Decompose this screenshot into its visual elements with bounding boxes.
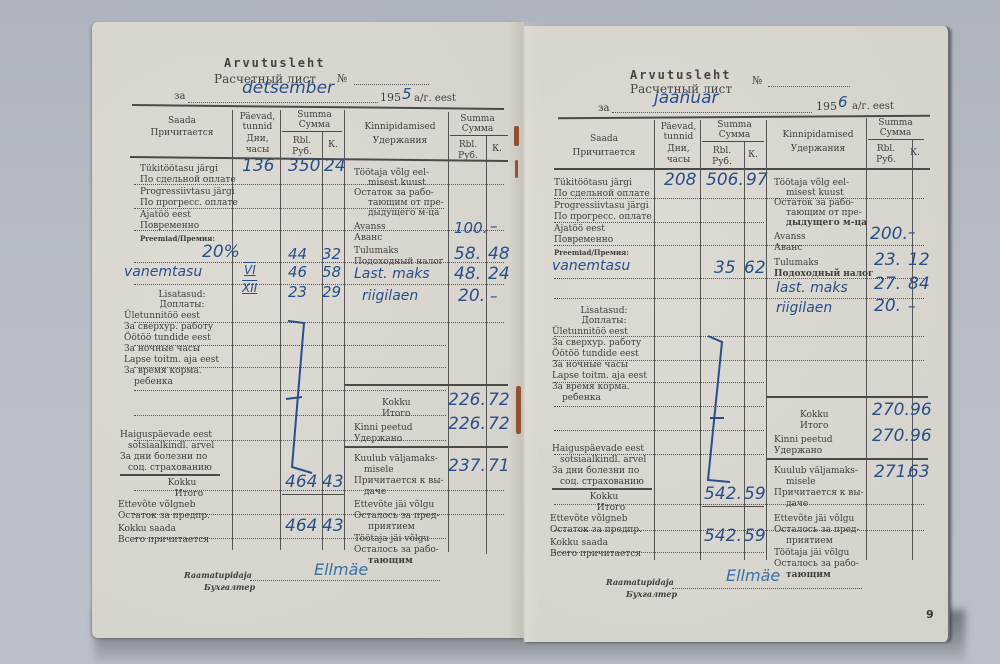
- year-suffix: a/г. eest: [414, 94, 456, 104]
- piecework-days: 136: [242, 158, 274, 174]
- year-digit: 5: [402, 86, 412, 102]
- label-sick-4: соц. страхованию: [128, 463, 212, 473]
- total-due-rbl: 464: [285, 518, 317, 534]
- col-rbl-1b: Rbl.: [450, 140, 486, 150]
- label-sick-1: Haiguspäevade eest: [120, 430, 212, 440]
- label-withheld-ru: Удержано: [774, 446, 822, 456]
- ded-total-k: 96: [910, 402, 932, 418]
- label-feeding-ru: За время корма.: [552, 382, 630, 392]
- col-deduct-ru: Удержания: [350, 136, 450, 146]
- label-payable-3: Причитается к вы-: [354, 476, 444, 486]
- label-prev-debt-5: дыдущего м-ца: [368, 208, 439, 218]
- title-et: Arvutusleht: [224, 58, 325, 68]
- label-lisatasud-ru: Доплаты:: [554, 316, 654, 326]
- col-rbl-1: Rbl.: [702, 146, 742, 156]
- payable-k: 71: [488, 458, 510, 474]
- label-bonus: Preemiad/Премия:: [554, 248, 629, 258]
- advance-k: –: [908, 224, 916, 240]
- sick-rule: [120, 474, 220, 476]
- label-lisatasud-ru: Доплаты:: [132, 300, 232, 310]
- accountant-signature: Ellmäe: [314, 562, 368, 578]
- label-prev-debt-1: Töötaja võlg eel-: [774, 178, 849, 188]
- col-saada-et: Saada: [132, 116, 232, 126]
- sum-rule: [282, 494, 344, 495]
- vacation-1-rbl: 46: [288, 264, 307, 280]
- total-rbl: 464: [285, 474, 317, 490]
- ded-extra-1-label: Last. maks: [354, 266, 430, 282]
- vacation-month-2: XII: [242, 280, 257, 296]
- label-company-owes-et: Ettevõte võlgneb: [550, 514, 627, 524]
- label-prev-debt-3: Остаток за рабо-: [774, 198, 854, 208]
- payable-k: 63: [908, 464, 930, 480]
- label-advance-et: Avanss: [354, 222, 386, 232]
- ded-extra-2-label: riigilaen: [362, 288, 418, 304]
- label-worker-remaining-2: Осталось за рабо-: [354, 545, 439, 555]
- number-field: [354, 84, 429, 85]
- piecework-rbl: 506.: [706, 172, 744, 188]
- label-company-remaining-3: приятием: [786, 536, 833, 546]
- sum-subrule-2: [868, 139, 924, 140]
- label-feeding-ru-2: ребенка: [134, 377, 173, 387]
- accountant-signature: Ellmäe: [726, 568, 780, 584]
- label-payable-1: Kuulub väljamaks-: [774, 466, 858, 476]
- label-withheld-et: Kinni peetud: [354, 423, 413, 433]
- za-label: за: [174, 92, 185, 102]
- label-lisatasud-et: Lisatasud:: [132, 290, 232, 300]
- col-rbl-2: Руб.: [702, 157, 742, 167]
- right-page: Arvutusleht Расчетный лист № за jaanuar …: [524, 26, 950, 642]
- ded-extra-1-rbl: 48.: [454, 266, 481, 282]
- month-handwritten: jaanuar: [654, 90, 719, 106]
- total-k: 43: [322, 474, 344, 490]
- ded-extra-2-label: riigilaen: [776, 300, 832, 316]
- label-company-remaining-2: Осталось за пред-: [354, 511, 440, 521]
- za-label: за: [598, 104, 609, 114]
- label-lisatasud-et: Lisatasud:: [554, 306, 654, 316]
- col-days-2: tunnid: [235, 122, 280, 132]
- label-worker-remaining-1: Töötaja jäi võlgu: [354, 534, 429, 544]
- label-kokku-ru: Итого: [566, 503, 656, 513]
- year-suffix: a/г. eest: [852, 102, 894, 112]
- label-income-tax-et: Tulumaks: [354, 246, 398, 256]
- sum-subrule: [702, 141, 764, 142]
- label-progressive-et: Progressiivtasu järgi: [140, 187, 235, 197]
- vacation-2-rbl: 23: [288, 284, 307, 300]
- income-tax-rbl: 58.: [454, 246, 481, 262]
- ded-extra-1-k: 84: [908, 276, 930, 292]
- bonus-k: 32: [322, 246, 341, 262]
- col-sum-ru-2: Сумма: [868, 128, 923, 138]
- book-spine: [508, 22, 540, 642]
- withheld-rbl: 270.: [872, 428, 910, 444]
- label-ded-kokku-et: Kokku: [382, 398, 411, 408]
- month-dotline: [612, 112, 812, 113]
- total-rbl: 542.: [704, 486, 742, 502]
- label-company-owes-et: Ettevõte võlgneb: [118, 500, 195, 510]
- label-worker-remaining-2: Осталось за рабо-: [774, 559, 859, 569]
- piecework-k: 97: [746, 172, 768, 188]
- col-divider: [866, 118, 867, 560]
- withheld-rbl: 226.: [448, 416, 486, 432]
- payable-rbl: 271.: [874, 464, 912, 480]
- label-prev-debt-2: misest kuust: [368, 178, 426, 188]
- sum-subrule: [282, 131, 342, 132]
- col-days-4: часы: [656, 155, 701, 165]
- staple-bottom: [516, 386, 521, 434]
- col-saada-ru: Причитается: [554, 148, 654, 158]
- label-piecework-et: Tükitöötasu järgi: [140, 164, 218, 174]
- total-due-k: 43: [322, 518, 344, 534]
- col-rbl-1: Rbl.: [282, 136, 322, 146]
- row-dotline: [134, 230, 504, 231]
- label-payable-3: Причитается к вы-: [774, 488, 864, 498]
- label-prev-debt-3: Остаток за рабо-: [354, 188, 434, 198]
- label-payable-2: misele: [786, 477, 816, 487]
- label-ded-kokku-ru: Итого: [800, 421, 828, 431]
- label-advance-ru: Аванс: [774, 243, 802, 253]
- label-advance-et: Avanss: [774, 232, 806, 242]
- ded-total-k: 72: [488, 392, 510, 408]
- label-kokku-ru: Итого: [144, 489, 234, 499]
- row-dotline: [554, 298, 924, 299]
- label-advance-ru: Аванс: [354, 233, 382, 243]
- col-rbl-2b: Руб.: [868, 155, 904, 165]
- label-total-due-et: Kokku saada: [118, 524, 176, 534]
- label-accountant-et: Raamatupidaja: [184, 570, 252, 580]
- row-dotline: [554, 245, 924, 246]
- col-k: К.: [744, 150, 762, 160]
- label-company-owes-ru: Остаток за предпр.: [118, 511, 210, 521]
- label-ded-kokku-et: Kokku: [800, 410, 829, 420]
- label-accountant-et: Raamatupidaja: [606, 577, 674, 587]
- col-k-2: К.: [906, 148, 924, 158]
- label-sick-2: sotsiaalkindl. arvel: [560, 455, 646, 465]
- label-payable-4: даче: [364, 487, 386, 497]
- col-divider: [912, 140, 913, 560]
- col-divider: [448, 112, 449, 552]
- label-overtime-et: Ületunnitöö eest: [552, 327, 628, 337]
- col-saada-et: Saada: [554, 134, 654, 144]
- label-sick-1: Haiguspäevade eest: [552, 444, 644, 454]
- ded-extra-2-rbl: 20.: [458, 288, 485, 304]
- bonus-rbl: 44: [288, 246, 307, 262]
- bonus-rbl: 35: [714, 260, 736, 276]
- col-k: К.: [324, 140, 342, 150]
- col-days-1: Päevad,: [235, 112, 280, 122]
- ded-extra-1-rbl: 27.: [874, 276, 901, 292]
- label-progressive-et: Progressiivtasu järgi: [554, 201, 649, 211]
- label-company-remaining-2: Осталось за пред-: [774, 525, 860, 535]
- vacation-label: vanemtasu: [124, 264, 202, 280]
- withheld-k: 72: [488, 416, 510, 432]
- col-divider: [344, 110, 345, 550]
- col-divider: [280, 110, 281, 550]
- number-sign: №: [752, 76, 762, 86]
- col-sum-et-2: Summa: [450, 114, 505, 124]
- label-progressive-ru: По прогресс. оплате: [554, 212, 652, 222]
- col-k-2: К.: [488, 144, 506, 154]
- label-total-due-ru: Всего причитается: [118, 535, 209, 545]
- col-deduct-ru: Удержания: [768, 144, 868, 154]
- label-income-tax-ru: Подоходный налог: [774, 269, 874, 279]
- advance-rbl: 100.: [454, 220, 487, 236]
- year-prefix: 195: [380, 93, 401, 103]
- label-progressive-ru: По прогресс. оплате: [140, 198, 238, 208]
- ded-extra-1-k: 24: [488, 266, 510, 282]
- col-sum-ru: Сумма: [282, 120, 347, 130]
- label-night-et: Öötöö tundide eest: [552, 349, 639, 359]
- label-overtime-ru: За сверхур. работу: [124, 322, 213, 332]
- left-page: Arvutusleht Расчетный лист № за detsembe…: [92, 22, 524, 638]
- label-sick-3: За дни болезни по: [120, 452, 207, 462]
- label-payable-4: даче: [786, 499, 808, 509]
- label-kokku-et: Kokku: [554, 492, 654, 502]
- label-feeding-et: Lapse toitm. aja eest: [124, 355, 219, 365]
- total-due-k: 59: [744, 528, 766, 544]
- advance-rbl: 200.: [870, 226, 908, 242]
- label-feeding-ru-2: ребенка: [562, 393, 601, 403]
- label-total-due-et: Kokku saada: [550, 538, 608, 548]
- piecework-k: 24: [324, 158, 346, 174]
- signature-line: [250, 580, 440, 581]
- row-dotline: [134, 262, 504, 263]
- label-timework-et: Ajatöö eest: [554, 224, 605, 234]
- col-sum-ru: Сумма: [702, 130, 767, 140]
- label-company-owes-ru: Остаток за предпр.: [550, 525, 642, 535]
- label-feeding-et: Lapse toitm. aja eest: [552, 371, 647, 381]
- piecework-days: 208: [664, 172, 696, 188]
- col-deduct-et: Kinnipidamised: [768, 130, 868, 140]
- ded-kokku-rule: [766, 396, 928, 398]
- row-dotline: [134, 284, 504, 285]
- label-timework-et: Ajatöö eest: [140, 210, 191, 220]
- label-night-ru: За ночные часы: [124, 344, 200, 354]
- payable-rbl: 237.: [448, 458, 486, 474]
- col-days-2: tunnid: [656, 132, 701, 142]
- label-prev-debt-4: тающим от пре-: [368, 198, 444, 208]
- month-handwritten: detsember: [242, 80, 334, 96]
- label-prev-debt-2: misest kuust: [786, 188, 844, 198]
- label-company-remaining-1: Ettevõte jäi võlgu: [354, 500, 434, 510]
- label-accountant-ru: Бухгалтер: [626, 589, 677, 599]
- sum-rule: [702, 506, 764, 507]
- label-accountant-ru: Бухгалтер: [204, 582, 255, 592]
- label-payable-2: misele: [364, 465, 394, 475]
- col-divider: [486, 136, 487, 554]
- crossout-stroke: [282, 317, 322, 477]
- title-et: Arvutusleht: [630, 70, 731, 80]
- col-sum-et-2: Summa: [868, 118, 923, 128]
- label-sick-4: соц. страхованию: [560, 477, 644, 487]
- bonus-k: 62: [744, 260, 766, 276]
- ded-extra-1-label: last. maks: [776, 280, 848, 296]
- number-sign: №: [337, 74, 347, 84]
- col-rbl-1b: Rbl.: [868, 144, 904, 154]
- col-sum-et: Summa: [282, 110, 347, 120]
- sum-subrule-2: [450, 135, 508, 136]
- label-sick-2: sotsiaalkindl. arvel: [128, 441, 214, 451]
- col-days-3: Дни,: [235, 134, 280, 144]
- label-night-et: Öötöö tundide eest: [124, 333, 211, 343]
- month-dotline: [188, 102, 378, 103]
- col-deduct-et: Kinnipidamised: [350, 122, 450, 132]
- label-prev-debt-5: дыдущего м-ца: [786, 218, 867, 228]
- label-timework-ru: Повременно: [554, 235, 613, 245]
- label-overtime-et: Ületunnitöö eest: [124, 311, 200, 321]
- total-due-rbl: 542.: [704, 528, 742, 544]
- signature-line: [672, 588, 862, 589]
- year-prefix: 195: [816, 102, 837, 112]
- withheld-k: 96: [910, 428, 932, 444]
- kuulub-rule: [766, 458, 928, 460]
- col-sum-ru-2: Сумма: [450, 124, 505, 134]
- sick-rule: [552, 488, 652, 490]
- label-worker-remaining-3: тающим: [786, 570, 831, 580]
- label-worker-remaining-1: Töötaja jäi võlgu: [774, 548, 849, 558]
- label-prev-debt-4: тающим от пре-: [786, 208, 862, 218]
- staple-top-leg: [515, 160, 518, 178]
- crossout-stroke: [700, 332, 744, 492]
- income-tax-rbl: 23.: [874, 252, 901, 268]
- label-payable-1: Kuulub väljamaks-: [354, 454, 438, 464]
- label-company-remaining-1: Ettevõte jäi võlgu: [774, 514, 854, 524]
- label-ded-kokku-ru: Итого: [382, 409, 410, 419]
- label-income-tax-et: Tulumaks: [774, 258, 818, 268]
- label-night-ru: За ночные часы: [552, 360, 628, 370]
- vacation-month-1: VI: [244, 262, 256, 278]
- row-dotline: [554, 198, 924, 199]
- kuulub-rule: [344, 446, 508, 448]
- vacation-1-k: 58: [322, 264, 341, 280]
- bonus-label: vanemtasu: [552, 258, 630, 274]
- col-days-3: Дни,: [656, 144, 701, 154]
- vacation-2-k: 29: [322, 284, 341, 300]
- ded-extra-2-k: –: [490, 288, 498, 304]
- label-piecework-et: Tükitöötasu järgi: [554, 178, 632, 188]
- bonus-note: 20%: [202, 244, 240, 260]
- col-sum-et: Summa: [702, 120, 767, 130]
- label-sick-3: За дни болезни по: [552, 466, 639, 476]
- col-days-4: часы: [235, 145, 280, 155]
- piecework-rbl: 350: [288, 158, 320, 174]
- total-k: 59: [744, 486, 766, 502]
- label-feeding-ru: За время корма.: [124, 366, 202, 376]
- row-dotline: [554, 222, 764, 223]
- label-withheld-et: Kinni peetud: [774, 435, 833, 445]
- label-prev-debt-1: Töötaja võlg eel-: [354, 168, 429, 178]
- label-worker-remaining-3: тающим: [368, 556, 413, 566]
- ded-total-rbl: 270.: [872, 402, 910, 418]
- label-overtime-ru: За сверхур. работу: [552, 338, 641, 348]
- label-total-due-ru: Всего причитается: [550, 549, 641, 559]
- col-divider: [654, 120, 655, 560]
- ded-kokku-rule: [344, 384, 508, 386]
- page-number: 9: [926, 608, 934, 621]
- advance-k: –: [490, 218, 498, 234]
- label-withheld-ru: Удержано: [354, 434, 402, 444]
- year-digit: 6: [838, 94, 848, 110]
- ded-extra-2-k: –: [908, 298, 916, 314]
- label-kokku-et: Kokku: [132, 478, 232, 488]
- row-dotline: [134, 184, 504, 185]
- col-days-1: Päevad,: [656, 122, 701, 132]
- staple-top: [514, 126, 519, 146]
- col-saada-ru: Причитается: [132, 128, 232, 138]
- ded-total-rbl: 226.: [448, 392, 486, 408]
- income-tax-k: 12: [908, 252, 930, 268]
- income-tax-k: 48: [488, 246, 510, 262]
- label-company-remaining-3: приятием: [368, 522, 415, 532]
- ded-extra-2-rbl: 20.: [874, 298, 901, 314]
- number-field: [768, 86, 850, 87]
